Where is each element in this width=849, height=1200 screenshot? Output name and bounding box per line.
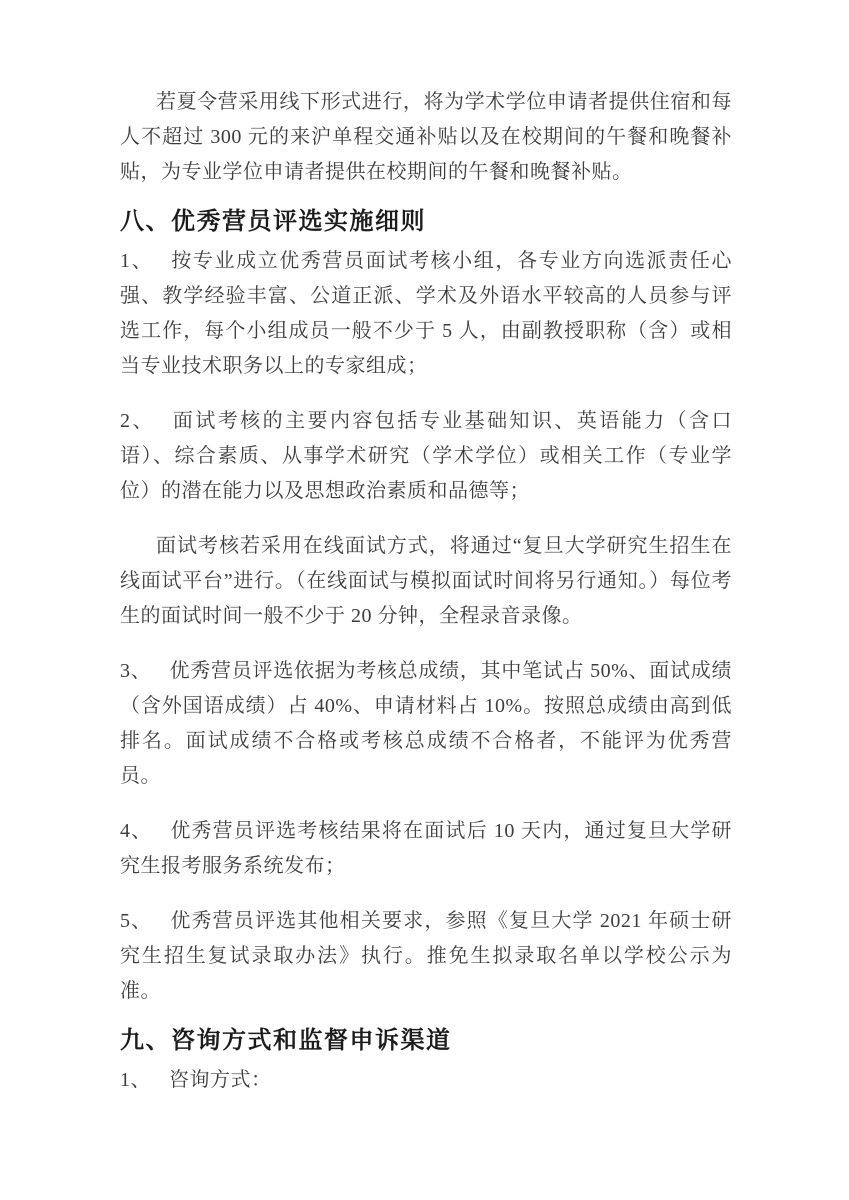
item-number: 4、 (120, 820, 170, 842)
numbered-item-1-consultation-method: 1、咨询方式： (120, 1063, 732, 1098)
numbered-item-1-interview-panel: 1、按专业成立优秀营员面试考核小组，各专业方向选派责任心强、教学经验丰富、公道正… (120, 244, 732, 384)
paragraph-online-interview-platform: 面试考核若采用在线面试方式，将通过“复旦大学研究生招生在线面试平台”进行。（在线… (120, 529, 732, 634)
item-number: 3、 (120, 660, 170, 682)
item-number: 5、 (120, 910, 170, 932)
item-text: 咨询方式： (169, 1069, 272, 1091)
document-page: 若夏令营采用线下形式进行，将为学术学位申请者提供住宿和每人不超过 300 元的来… (0, 0, 849, 1200)
item-text: 优秀营员评选考核结果将在面试后 10 天内，通过复旦大学研究生报考服务系统发布； (120, 820, 732, 877)
paragraph-offline-camp-subsidy: 若夏令营采用线下形式进行，将为学术学位申请者提供住宿和每人不超过 300 元的来… (120, 85, 732, 190)
item-text: 优秀营员评选依据为考核总成绩，其中笔试占 50%、面试成绩（含外国语成绩）占 4… (120, 660, 732, 787)
numbered-item-4-result-release: 4、优秀营员评选考核结果将在面试后 10 天内，通过复旦大学研究生报考服务系统发… (120, 814, 732, 884)
item-number: 1、 (120, 250, 171, 272)
item-text: 优秀营员评选其他相关要求，参照《复旦大学 2021 年硕士研究生招生复试录取办法… (120, 910, 732, 1002)
section-heading-9-consultation-channels: 九、咨询方式和监督申诉渠道 (120, 1023, 732, 1058)
item-text: 按专业成立优秀营员面试考核小组，各专业方向选派责任心强、教学经验丰富、公道正派、… (120, 250, 732, 377)
document-body: 若夏令营采用线下形式进行，将为学术学位申请者提供住宿和每人不超过 300 元的来… (120, 85, 732, 1098)
numbered-item-5-other-requirements: 5、优秀营员评选其他相关要求，参照《复旦大学 2021 年硕士研究生招生复试录取… (120, 904, 732, 1009)
item-text: 面试考核的主要内容包括专业基础知识、英语能力（含口语）、综合素质、从事学术研究（… (120, 410, 732, 502)
numbered-item-3-score-weights: 3、优秀营员评选依据为考核总成绩，其中笔试占 50%、面试成绩（含外国语成绩）占… (120, 654, 732, 794)
numbered-item-2-interview-content: 2、面试考核的主要内容包括专业基础知识、英语能力（含口语）、综合素质、从事学术研… (120, 404, 732, 509)
item-number: 1、 (120, 1069, 169, 1091)
item-number: 2、 (120, 410, 173, 432)
section-heading-8-selection-rules: 八、优秀营员评选实施细则 (120, 204, 732, 239)
